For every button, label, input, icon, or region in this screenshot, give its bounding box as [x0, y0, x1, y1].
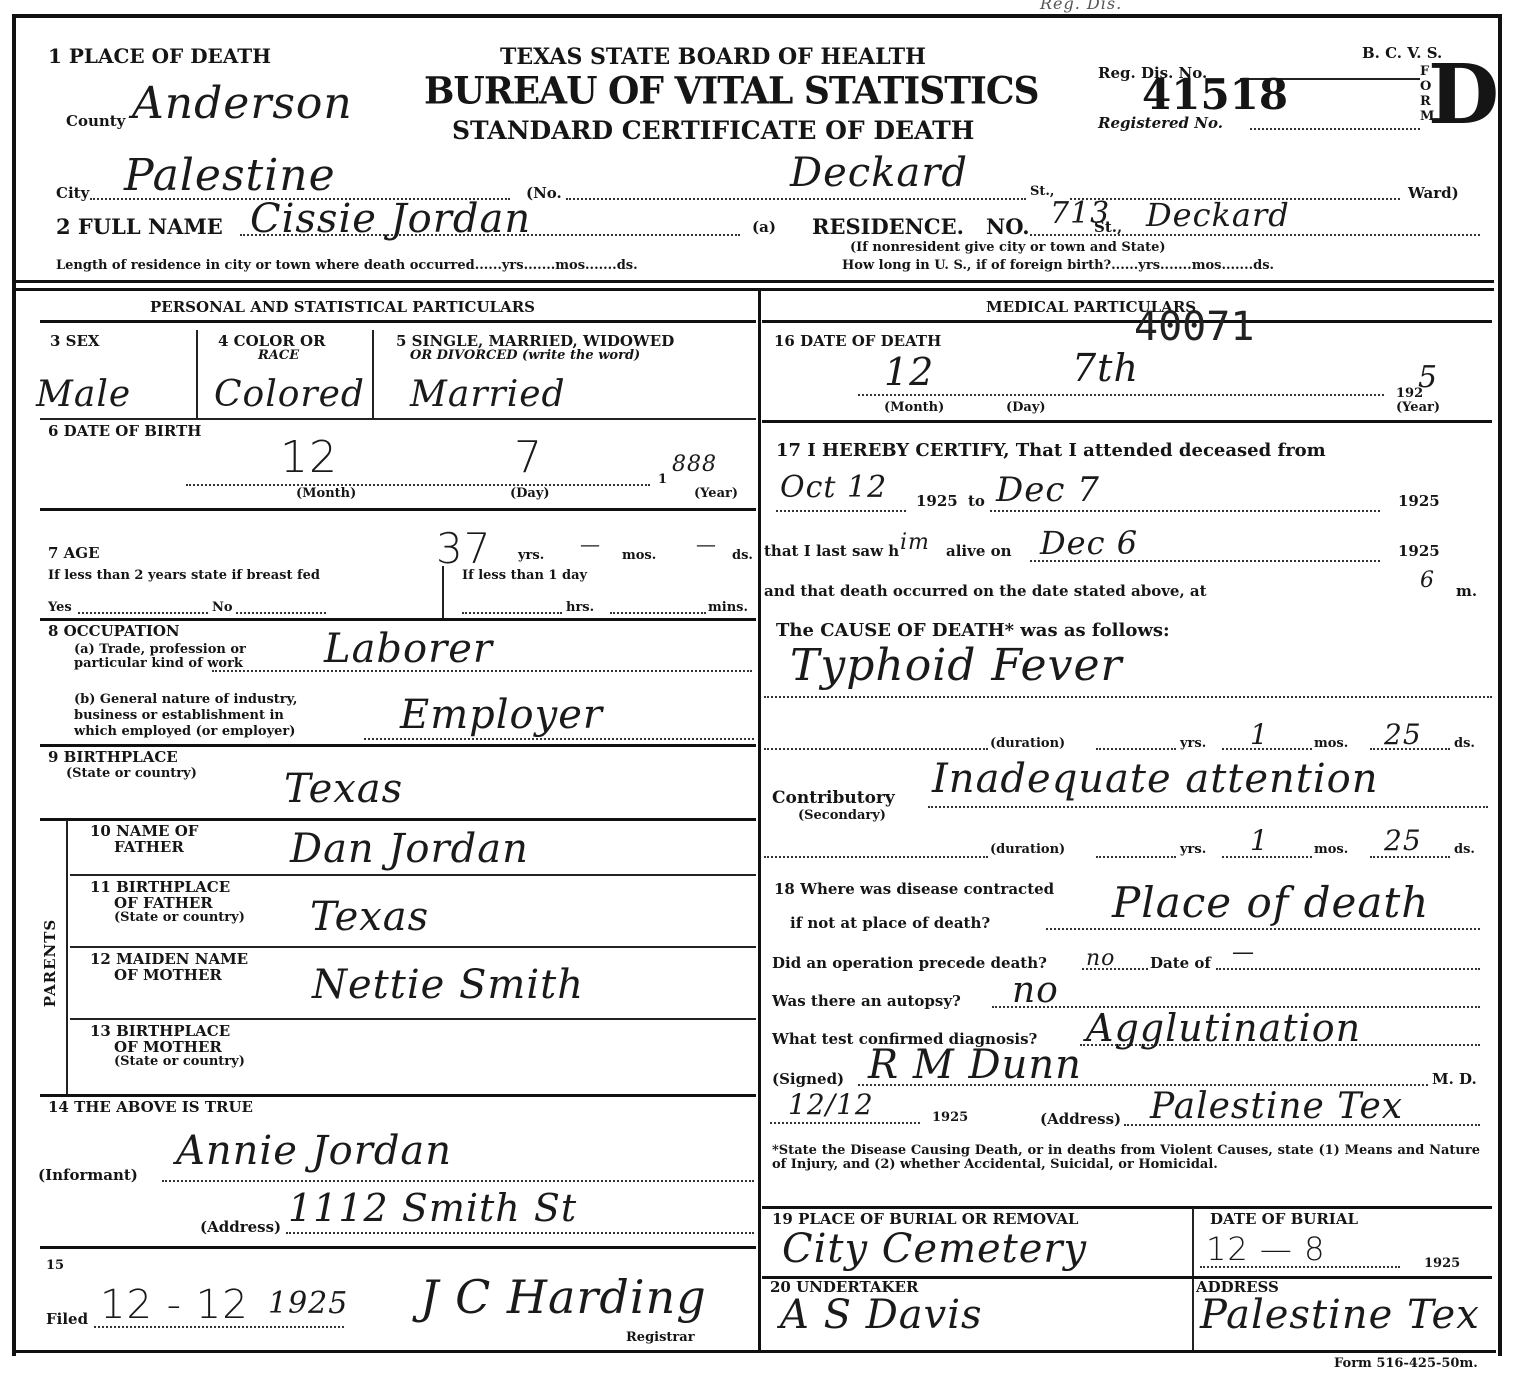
undertaker-value: A S Davis — [780, 1292, 983, 1338]
street-value: Deckard — [790, 150, 968, 196]
contributory-label: Contributory — [772, 788, 895, 808]
informant-address-label: (Address) — [200, 1218, 281, 1236]
informant-value: Annie Jordan — [176, 1128, 452, 1174]
dod-month: 12 — [884, 350, 934, 394]
dod-day: 7th — [1072, 346, 1139, 390]
age-mos-label: mos. — [622, 548, 656, 563]
breast-fed-label: If less than 2 years state if breast fed — [48, 568, 320, 583]
parents-label: PARENTS — [41, 919, 59, 1007]
contracted-value[interactable]: Place of death — [1112, 878, 1429, 927]
age-days: — — [696, 532, 717, 556]
birthplace-sub-label: (State or country) — [66, 766, 197, 781]
marital-value: Married — [410, 374, 566, 415]
filed-label: Filed — [46, 1310, 88, 1328]
test-value[interactable]: Agglutination — [1086, 1006, 1361, 1050]
mins-label: mins. — [708, 600, 748, 615]
registered-no-label: Registered No. — [1098, 114, 1223, 132]
alive-on-label: alive on — [946, 542, 1012, 560]
burial-date-value: 12 — 8 — [1206, 1230, 1325, 1268]
dob-month: 12 — [280, 432, 338, 483]
physician-signature[interactable]: R M Dunn — [868, 1042, 1082, 1088]
not-at-place-label: if not at place of death? — [790, 914, 990, 932]
father-name-value: Dan Jordan — [290, 826, 529, 872]
mother-name-label-2: OF MOTHER — [114, 966, 222, 984]
cause-duration-mos: 1 — [1250, 718, 1269, 751]
date-of-value: — — [1232, 940, 1255, 965]
contrib-duration-mos: 1 — [1250, 824, 1269, 857]
informant-address-value: 1112 Smith St — [288, 1186, 577, 1230]
contrib-duration-ds: 25 — [1384, 824, 1422, 857]
father-name-label-2: FATHER — [114, 838, 184, 856]
dob-year-caption: (Year) — [694, 486, 738, 501]
dod-year: 5 — [1418, 360, 1438, 395]
no-label: No — [212, 600, 233, 615]
age-ds-label: ds. — [732, 548, 753, 563]
occurred-time: 6 — [1420, 568, 1435, 593]
signed-label: (Signed) — [772, 1070, 844, 1088]
form-number: Form 516-425-50m. — [1334, 1356, 1478, 1371]
father-birthplace-value: Texas — [310, 894, 429, 940]
undertaker-address-value: Palestine Tex — [1200, 1292, 1480, 1338]
attend-from: Oct 12 — [780, 470, 887, 505]
dob-label: 6 DATE OF BIRTH — [48, 422, 201, 440]
county-value: Anderson — [132, 78, 353, 129]
item-15-label: 15 — [46, 1258, 64, 1273]
contrib-duration-label: (duration) — [990, 842, 1065, 857]
yes-label: Yes — [48, 600, 72, 615]
occupation-industry-value: Employer — [400, 692, 603, 738]
dod-day-caption: (Day) — [1006, 400, 1046, 415]
burial-date-label: DATE OF BURIAL — [1210, 1210, 1358, 1228]
above-is-true-label: 14 THE ABOVE IS TRUE — [48, 1098, 253, 1116]
last-saw-year: 1925 — [1398, 542, 1440, 560]
informant-label: (Informant) — [38, 1166, 138, 1184]
dob-day: 7 — [514, 432, 543, 483]
autopsy-label: Was there an autopsy? — [772, 992, 961, 1010]
residence-street: Deckard — [1146, 196, 1290, 234]
md-label: M. D. — [1432, 1070, 1477, 1088]
city-label: City — [56, 184, 89, 202]
full-name-label: 2 FULL NAME — [56, 214, 223, 239]
city-value: Palestine — [124, 150, 336, 201]
full-name-value: Cissie Jordan — [250, 196, 531, 242]
certify-statement: 17 I HEREBY CERTIFY, That I attended dec… — [776, 440, 1326, 461]
attend-to-year: 1925 — [1398, 492, 1440, 510]
last-saw-date: Dec 6 — [1040, 524, 1138, 562]
signed-year: 1925 — [932, 1110, 968, 1125]
burial-place-value: City Cemetery — [782, 1226, 1087, 1272]
occupation-label: 8 OCCUPATION — [48, 622, 180, 640]
occurred-text: and that death occurred on the date stat… — [764, 582, 1207, 600]
occupation-trade-value: Laborer — [324, 626, 493, 672]
contracted-label: 18 Where was disease contracted — [774, 880, 1054, 898]
age-years: 37 — [436, 524, 491, 573]
mother-name-value: Nettie Smith — [312, 962, 584, 1008]
birthplace-label: 9 BIRTHPLACE — [48, 748, 178, 766]
contrib-mos-label: mos. — [1314, 842, 1348, 857]
registration-number: 41518 — [1142, 70, 1288, 119]
certificate-stamp: 40071 — [1134, 304, 1254, 350]
cause-duration-ds: 25 — [1384, 718, 1422, 751]
place-of-death-label: 1 PLACE OF DEATH — [48, 44, 271, 68]
operation-label: Did an operation precede death? — [772, 954, 1047, 972]
signed-address-value: Palestine Tex — [1150, 1086, 1403, 1127]
birthplace-value: Texas — [284, 766, 403, 812]
signed-address-label: (Address) — [1040, 1110, 1121, 1128]
certificate-title: STANDARD CERTIFICATE OF DEATH — [452, 116, 974, 145]
filed-date: 12 - 12 — [100, 1282, 249, 1328]
footnote: *State the Disease Causing Death, or in … — [772, 1144, 1480, 1172]
age-label: 7 AGE — [48, 544, 100, 562]
race-label: RACE — [258, 348, 299, 363]
occupation-b-line2: business or establishment in — [74, 708, 284, 723]
dob-year: 888 — [672, 452, 717, 477]
father-birthplace-label-3: (State or country) — [114, 910, 245, 925]
no-label: (No. — [526, 184, 562, 202]
date-of-label: Date of — [1150, 954, 1211, 972]
dod-year-caption: (Year) — [1396, 400, 1440, 415]
how-long-in-us: How long in U. S., if of foreign birth?.… — [842, 258, 1274, 273]
residence-st-label: St., — [1094, 218, 1122, 236]
form-letter: D — [1428, 54, 1499, 136]
occupation-a-line2: particular kind of work — [74, 656, 243, 671]
cause-value[interactable]: Typhoid Fever — [790, 640, 1123, 691]
dob-year-prefix: 1 — [658, 472, 667, 487]
ward-label: Ward) — [1408, 184, 1459, 202]
dob-day-caption: (Day) — [510, 486, 550, 501]
mother-birthplace-label-3: (State or country) — [114, 1054, 245, 1069]
cause-duration-label: (duration) — [990, 736, 1065, 751]
registrar-signature[interactable]: J C Harding — [420, 1270, 707, 1324]
sex-label: 3 SEX — [50, 332, 100, 350]
top-scribble: Reg. Dis. — [1040, 0, 1122, 13]
occupation-a-line1: (a) Trade, profession or — [74, 642, 246, 657]
residence-label: RESIDENCE. — [812, 214, 964, 239]
burial-year: 1925 — [1424, 1256, 1460, 1271]
less-than-day-label: If less than 1 day — [462, 568, 587, 583]
hrs-label: hrs. — [566, 600, 594, 615]
filed-year: 1925 — [268, 1286, 348, 1321]
residence-no-label: NO. — [986, 214, 1030, 239]
autopsy-value: no — [1012, 970, 1059, 1011]
operation-value: no — [1086, 946, 1115, 971]
occupation-b-line1: (b) General nature of industry, — [74, 692, 297, 707]
contrib-ds-label: ds. — [1454, 842, 1475, 857]
dod-month-caption: (Month) — [884, 400, 944, 415]
m-label: m. — [1456, 582, 1477, 600]
sex-value: Male — [36, 374, 131, 415]
cause-label: The CAUSE OF DEATH* was as follows: — [776, 620, 1170, 641]
dob-month-caption: (Month) — [296, 486, 356, 501]
nonresident-note: (If nonresident give city or town and St… — [850, 240, 1166, 255]
secondary-label: (Secondary) — [798, 808, 886, 823]
contributory-value[interactable]: Inadequate attention — [932, 756, 1379, 802]
registrar-label: Registrar — [626, 1330, 695, 1345]
last-saw-pronoun: im — [900, 530, 930, 555]
county-label: County — [66, 112, 125, 130]
occupation-b-line3: which employed (or employer) — [74, 724, 295, 739]
cause-ds-label: ds. — [1454, 736, 1475, 751]
marital-label-2: OR DIVORCED (write the word) — [410, 348, 640, 363]
age-months: — — [580, 532, 601, 556]
attend-from-year: 1925 — [916, 492, 958, 510]
last-saw-label: that I last saw h — [764, 542, 899, 560]
attend-to: Dec 7 — [996, 470, 1100, 510]
signed-date: 12/12 — [788, 1088, 874, 1121]
a-label: (a) — [752, 218, 776, 236]
cause-mos-label: mos. — [1314, 736, 1348, 751]
personal-section-title: PERSONAL AND STATISTICAL PARTICULARS — [150, 298, 535, 316]
board-title: TEXAS STATE BOARD OF HEALTH — [500, 44, 926, 70]
color-value: Colored — [214, 374, 365, 415]
bureau-title: BUREAU OF VITAL STATISTICS — [424, 69, 1039, 113]
dod-label: 16 DATE OF DEATH — [774, 332, 941, 350]
age-yrs-label: yrs. — [518, 548, 544, 563]
length-of-residence: Length of residence in city or town wher… — [56, 258, 638, 273]
cause-yrs-label: yrs. — [1180, 736, 1206, 751]
to-label: to — [968, 492, 985, 510]
contrib-yrs-label: yrs. — [1180, 842, 1206, 857]
